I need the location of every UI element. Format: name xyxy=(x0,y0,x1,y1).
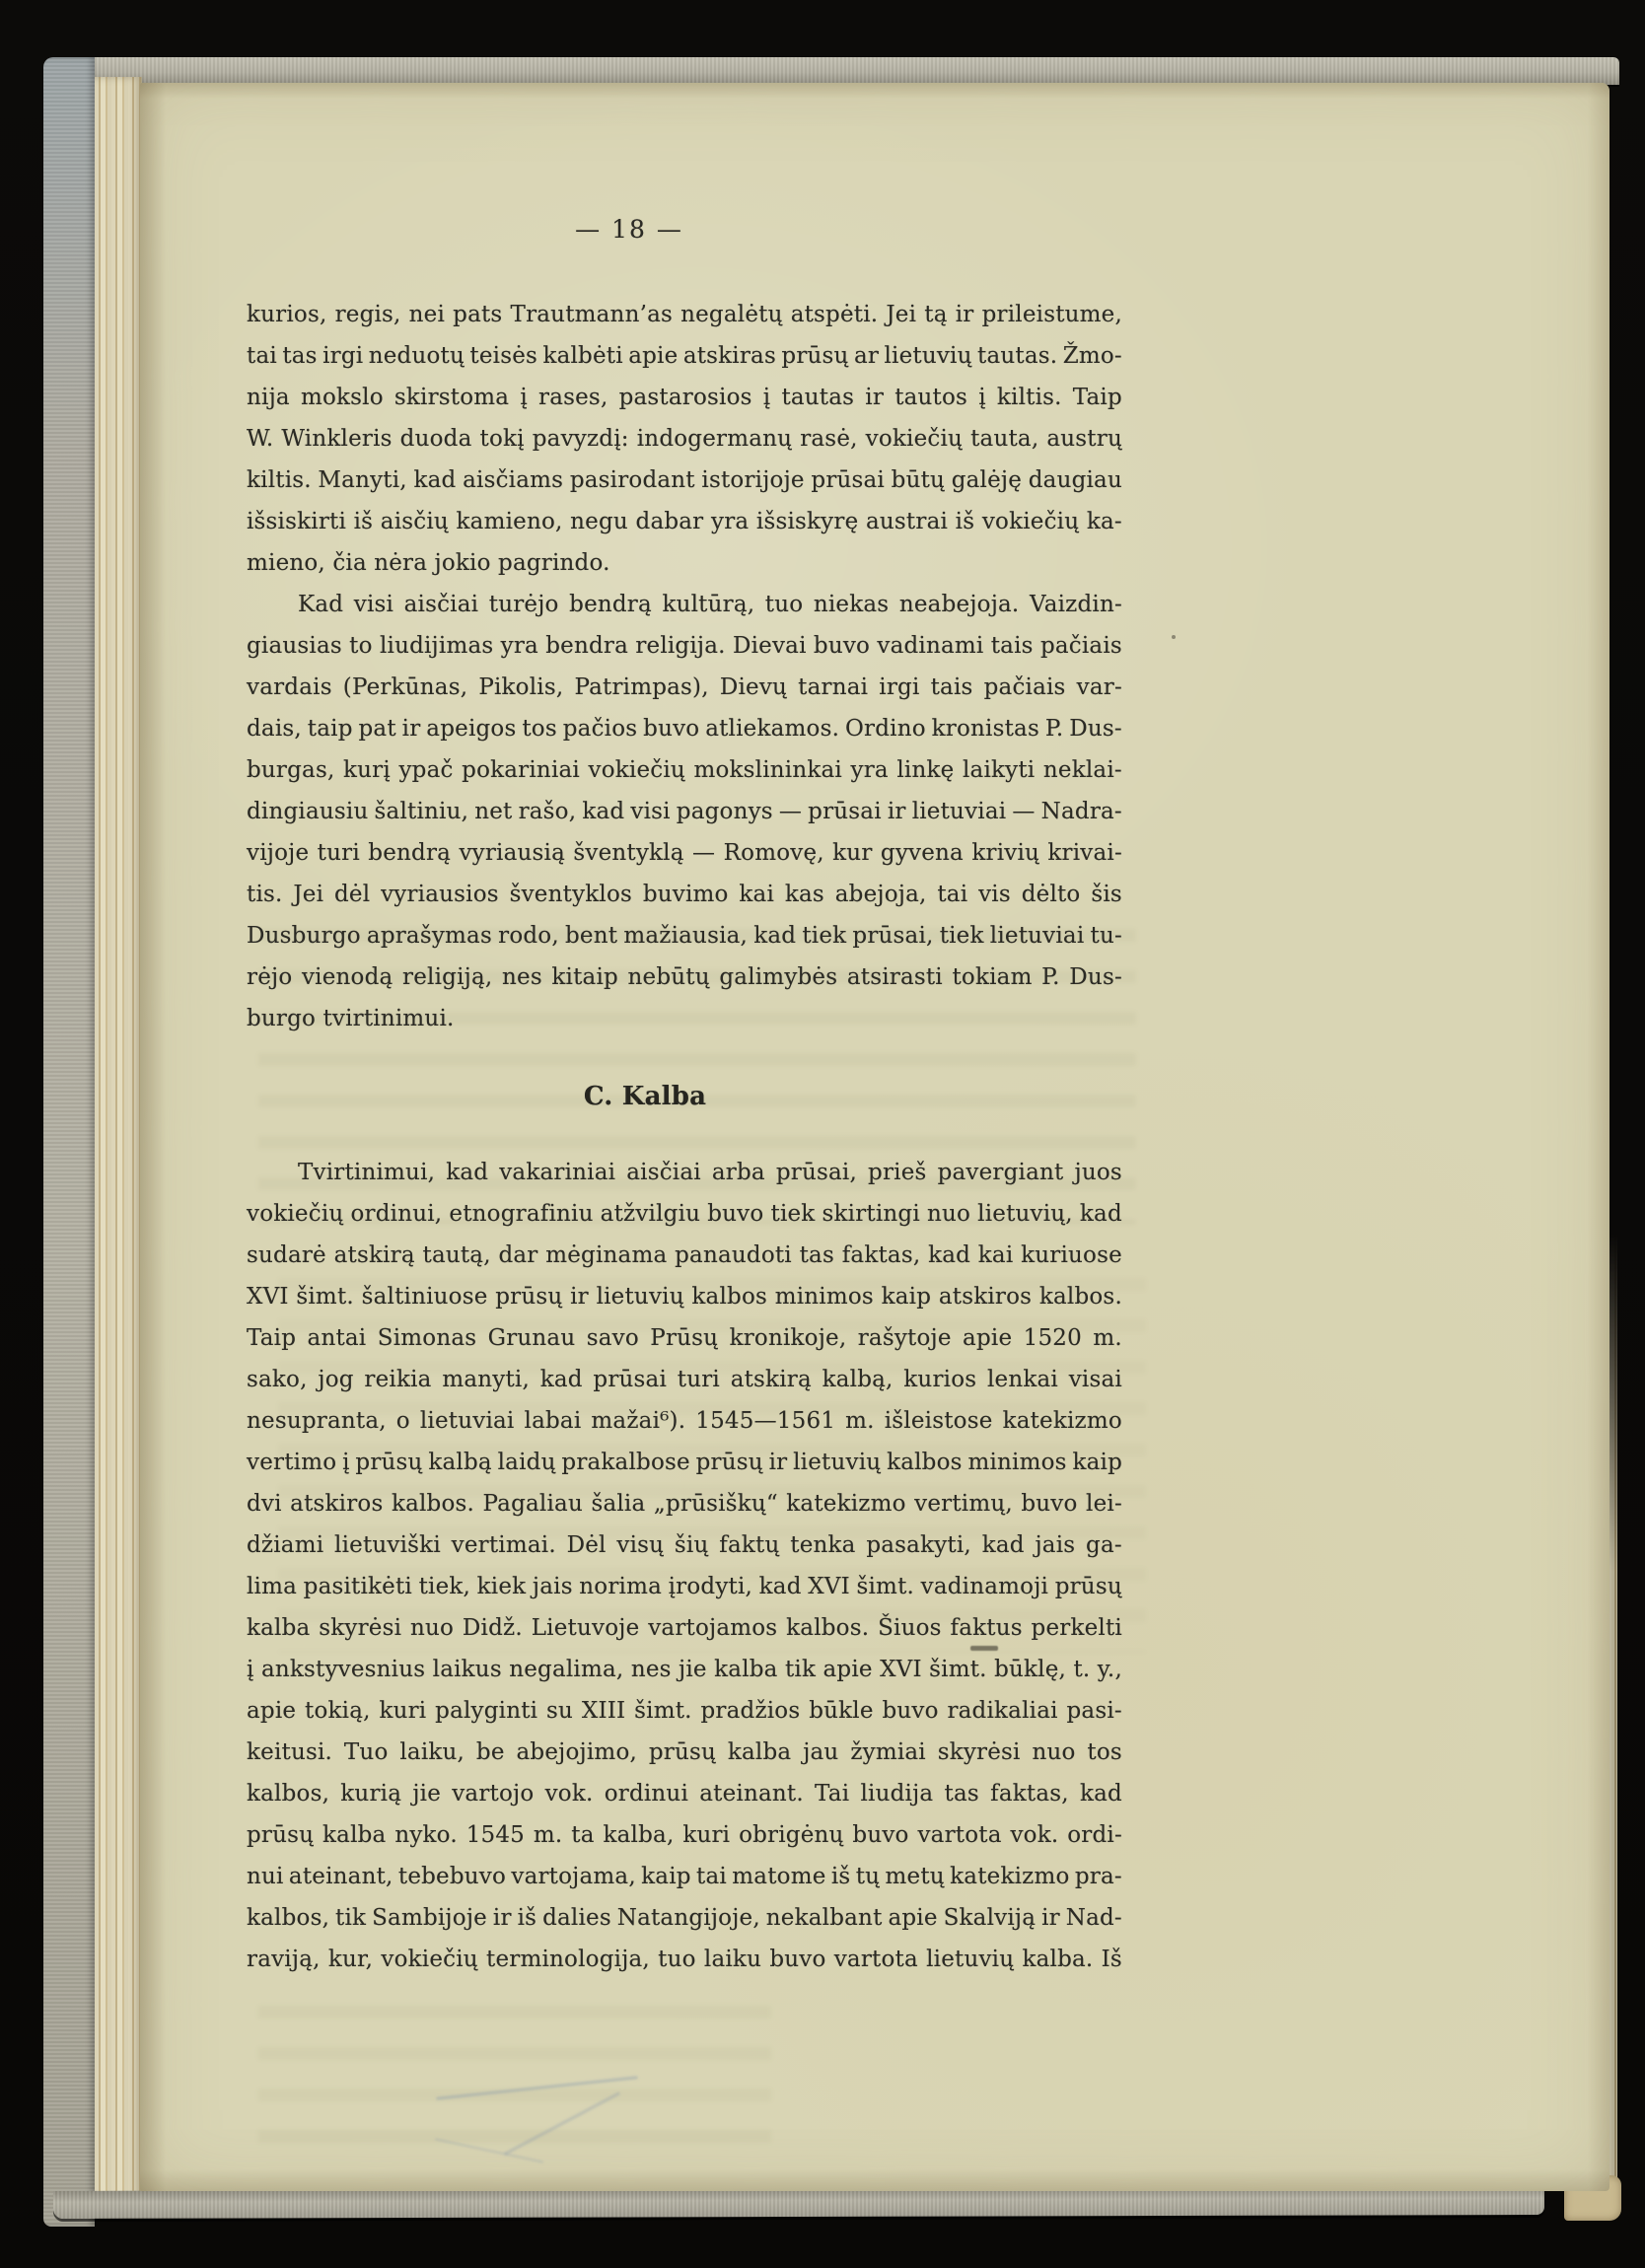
section-heading: C. Kalba xyxy=(247,1075,1122,1118)
page-number: — 18 — xyxy=(247,215,1122,244)
text-line: Tvirtinimui,kadvakariniaiaisčiaiarbaprūs… xyxy=(247,1152,1122,1193)
text-line: kalbos,tikSambijojeirišdaliesNatangijoje… xyxy=(247,1897,1122,1939)
show-through-ghost xyxy=(258,2006,771,2163)
text-line: kalbaskyrėsinuoDidž.Lietuvojevartojamosk… xyxy=(247,1607,1122,1649)
text-line: apietokią,kuripalygintisuXIIIšimt.pradži… xyxy=(247,1690,1122,1732)
pencil-scribble xyxy=(435,2138,543,2162)
book-page: — 18 — kurios,regis,neipatsTrautmann’asn… xyxy=(140,83,1609,2191)
text-block: kurios,regis,neipatsTrautmann’asnegalėtų… xyxy=(247,294,1122,1980)
text-line: limapasitikėtitiek,kiekjaisnorimaįrodyti… xyxy=(247,1566,1122,1607)
text-line: Kadvisiaisčiaiturėjobendrąkultūrą,tuonie… xyxy=(247,584,1122,625)
text-line: burgotvirtinimui. xyxy=(247,998,1122,1039)
book-cloth-bottom-edge xyxy=(53,2187,1544,2219)
book-cloth-spine-edge xyxy=(43,57,95,2227)
text-line: nesupranta,olietuviailabaimažai⁶).1545—1… xyxy=(247,1400,1122,1442)
text-line: nuiateinant,tebebuvovartojama,kaiptaimat… xyxy=(247,1856,1122,1897)
paragraph: Kadvisiaisčiaiturėjobendrąkultūrą,tuonie… xyxy=(247,584,1122,1039)
text-line: mieno,čianėrajokiopagrindo. xyxy=(247,542,1122,584)
pencil-scribble xyxy=(436,2076,637,2099)
text-line: sako,jogreikiamanyti,kadprūsaituriatskir… xyxy=(247,1359,1122,1400)
text-line: dviatskiroskalbos.Pagaliaušalia„prūsiškų… xyxy=(247,1483,1122,1524)
text-line: TaipantaiSimonasGrunausavoPrūsųkronikoje… xyxy=(247,1317,1122,1359)
ink-artifact xyxy=(1172,635,1176,639)
paragraph: Tvirtinimui,kadvakariniaiaisčiaiarbaprūs… xyxy=(247,1152,1122,1980)
text-line: rėjovienodąreligiją,neskitaipnebūtųgalim… xyxy=(247,957,1122,998)
text-line: burgas,kurįypačpokariniaivokiečiųmokslin… xyxy=(247,749,1122,791)
text-line: W.Winklerisduodatokįpavyzdį:indogermanųr… xyxy=(247,418,1122,460)
text-line: išsiskirtiišaisčiųkamieno,negudabaryraiš… xyxy=(247,501,1122,542)
text-line: kalbos,kuriąjievartojovok.ordinuiateinan… xyxy=(247,1773,1122,1814)
text-line: vijojeturibendrąvyriausiąšventyklą—Romov… xyxy=(247,832,1122,874)
text-line: sudarėatskirątautą,darmėginamapanaudotit… xyxy=(247,1235,1122,1276)
text-line: taitasirgineduotųteisėskalbėtiapieatskir… xyxy=(247,335,1122,377)
text-line: dingiausiušaltiniu,netrašo,kadvisipagony… xyxy=(247,791,1122,832)
book-cloth-top-edge xyxy=(45,57,1619,85)
pencil-scribble xyxy=(504,2091,620,2156)
text-line: vardais(Perkūnas,Pikolis,Patrimpas),Diev… xyxy=(247,667,1122,708)
text-line: džiamilietuviškivertimai.Dėlvisųšiųfaktų… xyxy=(247,1524,1122,1566)
text-line: nijamoksloskirstomaįrases,pastarosiosįta… xyxy=(247,377,1122,418)
text-line: prūsųkalbanyko.1545m.takalba,kuriobrigėn… xyxy=(247,1814,1122,1856)
book-scan-scene: — 18 — kurios,regis,neipatsTrautmann’asn… xyxy=(0,0,1645,2268)
text-line: kiltis.Manyti,kadaisčiamspasirodantistor… xyxy=(247,460,1122,501)
text-line: vertimoįprūsųkalbąlaidųprakalboseprūsųir… xyxy=(247,1442,1122,1483)
text-line: kurios,regis,neipatsTrautmann’asnegalėtų… xyxy=(247,294,1122,335)
text-line: tis.Jeidėlvyriausiosšventyklosbuvimokaik… xyxy=(247,874,1122,915)
text-line: dais,taippatirapeigostospačiosbuvoatliek… xyxy=(247,708,1122,749)
page-stack-edges-left xyxy=(95,77,142,2199)
paragraph: kurios,regis,neipatsTrautmann’asnegalėtų… xyxy=(247,294,1122,584)
text-line: vokiečiųordinui,etnografiniuatžvilgiubuv… xyxy=(247,1193,1122,1235)
text-line: Dusburgoaprašymasrodo,bentmažiausia,kadt… xyxy=(247,915,1122,957)
text-line: giausiastoliudijimasyrabendrareligija.Di… xyxy=(247,625,1122,667)
text-line: keitusi.Tuolaiku,beabejojimo,prūsųkalbaj… xyxy=(247,1732,1122,1773)
text-line: įankstyvesniuslaikusnegalima,nesjiekalba… xyxy=(247,1649,1122,1690)
text-line: XVIšimt.šaltiniuoseprūsųirlietuviųkalbos… xyxy=(247,1276,1122,1317)
text-line: raviją,kur,vokiečiųterminologija,tuolaik… xyxy=(247,1939,1122,1980)
